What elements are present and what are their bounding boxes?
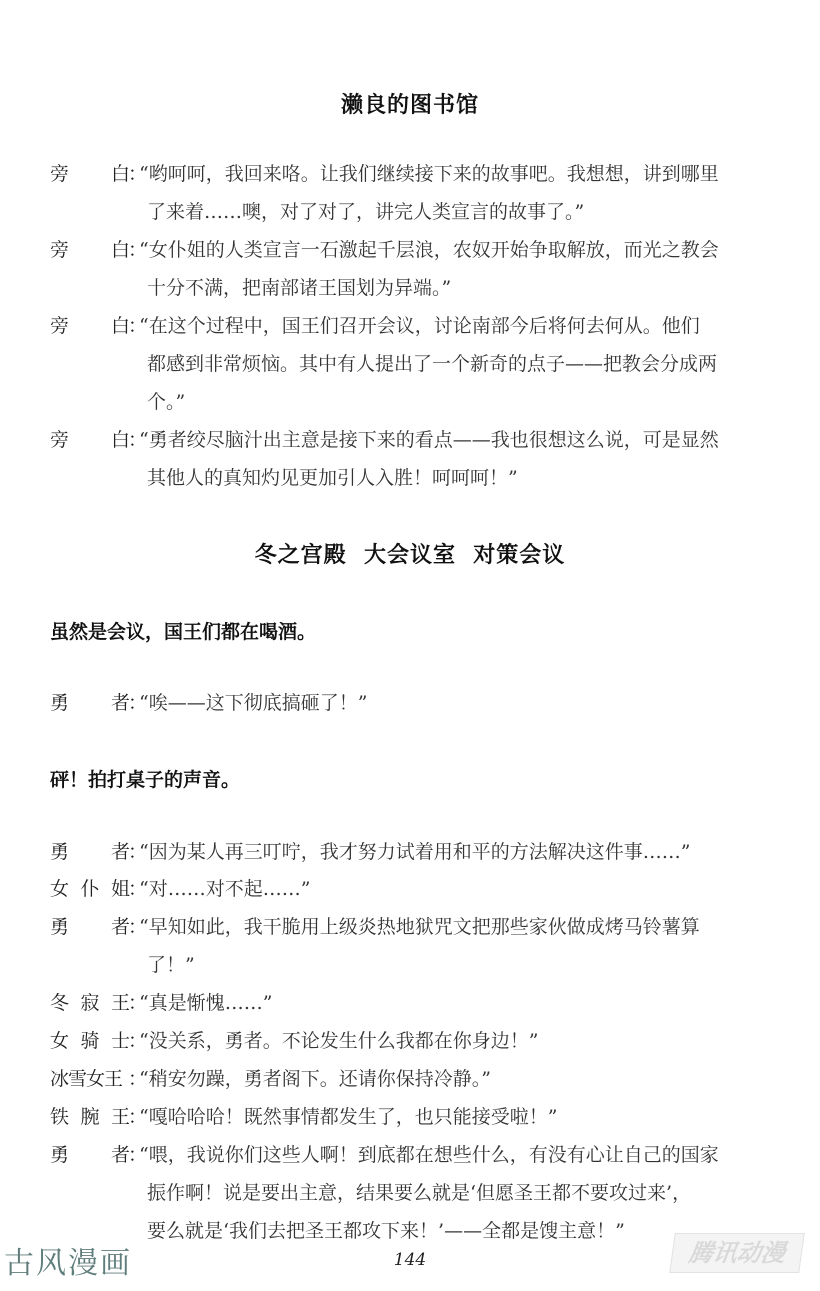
- speaker-label: 女 骑 士: [50, 1022, 130, 1060]
- narration: 砰！拍打桌子的声音。: [50, 765, 240, 792]
- speaker-label: 旁 白: [50, 231, 130, 269]
- speaker-label: 冰雪女王: [50, 1060, 130, 1098]
- watermark-right-logo: 腾讯动漫: [669, 1233, 805, 1273]
- speech-text: “勇者绞尽脑汁出主意是接下来的看点——我也很想这么说，可是显然 其他人的真知灼见…: [147, 421, 779, 497]
- speech-text: “真是惭愧……”: [147, 984, 779, 1022]
- speech-text: “早知如此，我干脆用上级炎热地狱咒文把那些家伙做成烤马铃薯算 了！”: [147, 908, 779, 984]
- narration: 虽然是会议，国王们都在喝酒。: [50, 617, 316, 644]
- speech-text: “稍安勿躁，勇者阁下。还请你保持冷静。”: [147, 1060, 779, 1098]
- speaker-label: 勇 者: [50, 833, 130, 871]
- speaker-label: 铁 腕 王: [50, 1098, 130, 1136]
- speaker-label: 旁 白: [50, 421, 130, 459]
- speaker-label: 勇 者: [50, 1136, 130, 1174]
- section-title-meeting: 冬之宫殿 大会议室 对策会议: [0, 538, 820, 569]
- speech-text: “在这个过程中，国王们召开会议，讨论南部今后将何去何从。他们 都感到非常烦恼。其…: [147, 307, 779, 421]
- section-title-library: 濑良的图书馆: [0, 88, 820, 119]
- speech-text: “嘎哈哈哈！既然事情都发生了，也只能接受啦！”: [147, 1098, 779, 1136]
- speaker-label: 旁 白: [50, 155, 130, 193]
- speech-text: “因为某人再三叮咛，我才努力试着用和平的方法解决这件事……”: [147, 833, 779, 871]
- speech-text: “没关系，勇者。不论发生什么我都在你身边！”: [147, 1022, 779, 1060]
- speech-text: “对……对不起……”: [147, 870, 779, 908]
- speech-text: “哟呵呵，我回来咯。让我们继续接下来的故事吧。我想想，讲到哪里 了来着……噢，对…: [147, 155, 779, 231]
- speaker-label: 旁 白: [50, 307, 130, 345]
- speaker-label: 冬 寂 王: [50, 984, 130, 1022]
- speaker-label: 勇 者: [50, 908, 130, 946]
- speaker-label: 女 仆 姐: [50, 870, 130, 908]
- speech-text: “女仆姐的人类宣言一石激起千层浪，农奴开始争取解放，而光之教会 十分不满，把南部…: [147, 231, 779, 307]
- speech-text: “唉——这下彻底搞砸了！”: [147, 684, 779, 722]
- speaker-label: 勇 者: [50, 684, 130, 722]
